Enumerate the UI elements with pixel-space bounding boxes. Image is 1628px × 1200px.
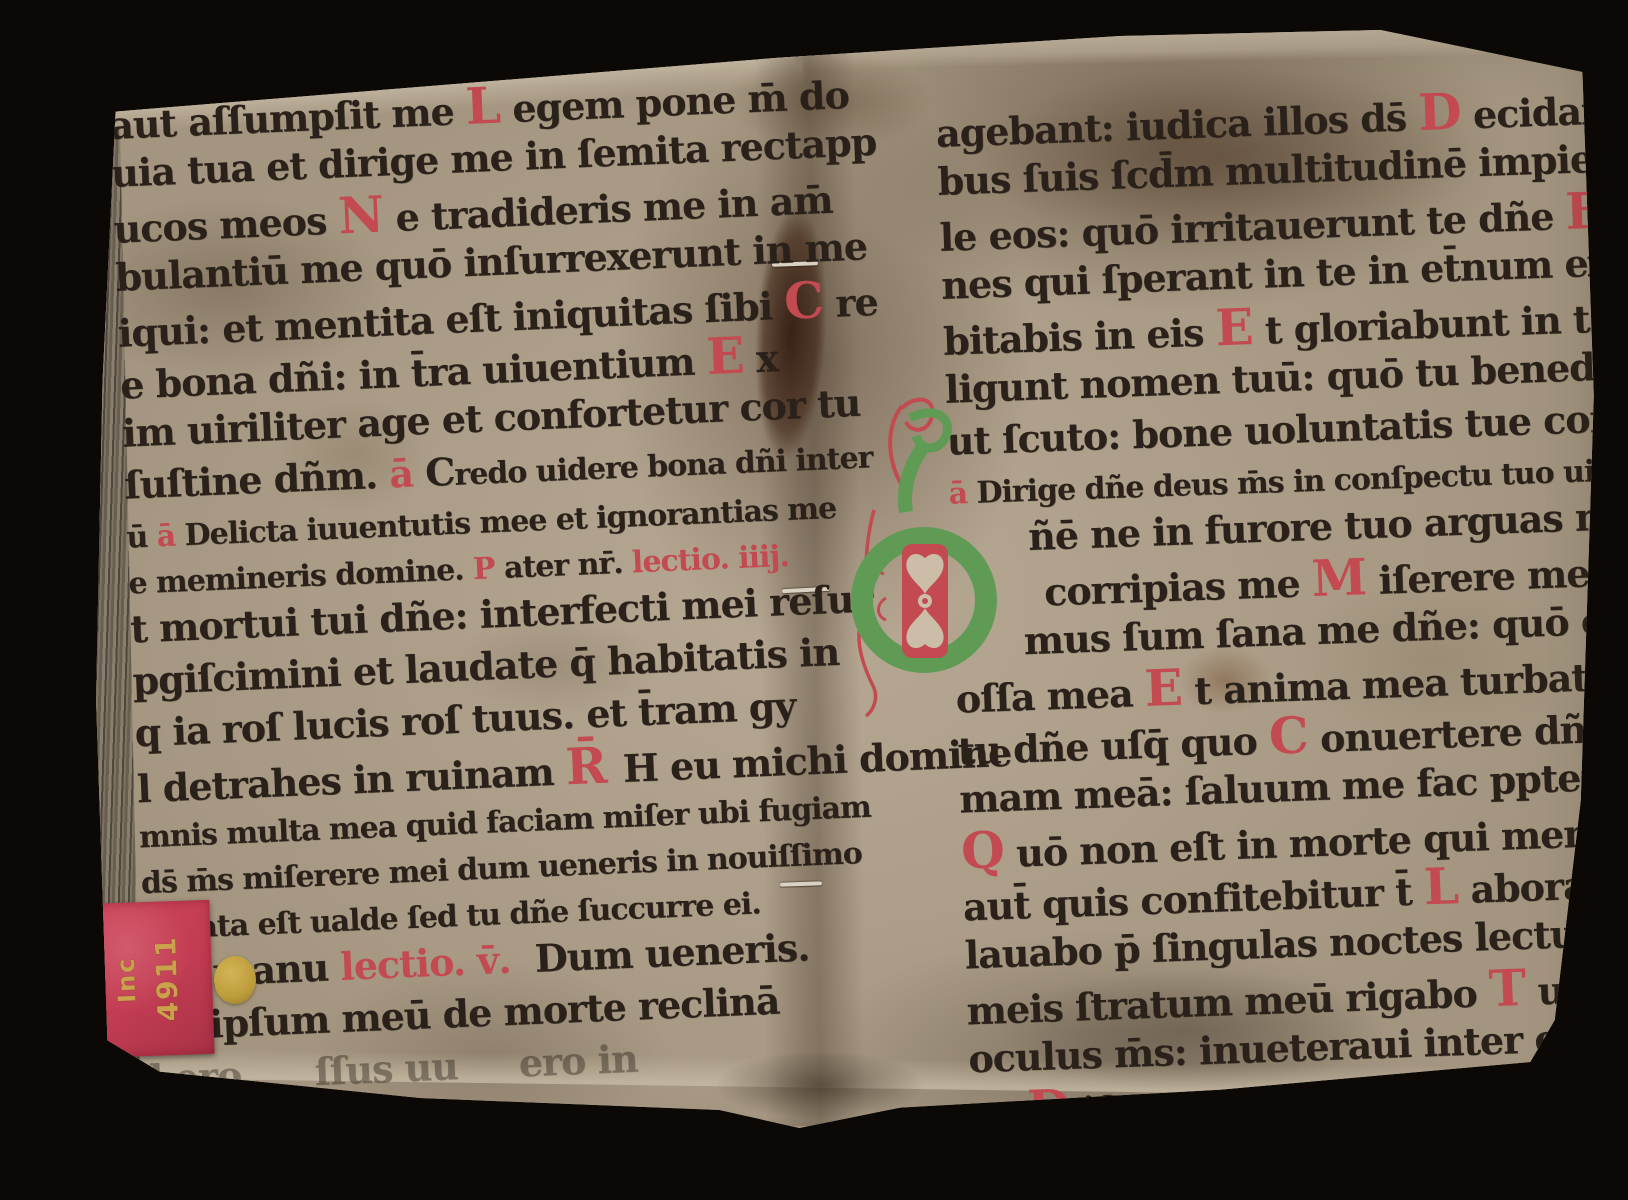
- photo-background: { "shelfmark": { "line1": "Inc", "line2"…: [0, 0, 1628, 1200]
- right-page-text: agebant: iudica illos ds̄ D ecidant a co…: [935, 81, 1628, 1138]
- gold-seal-dot: [214, 956, 256, 1004]
- rubric-text: P: [472, 551, 495, 587]
- ink-text: t lei: [1602, 189, 1628, 237]
- rubric-text: E: [1214, 297, 1253, 357]
- rubric-text: D: [1417, 82, 1462, 142]
- ink-text: re: [822, 279, 878, 326]
- rubric-text: E: [1144, 658, 1183, 718]
- rubric-text: M: [1311, 547, 1368, 608]
- rubric-text: R̄: [564, 735, 624, 796]
- ink-text: H eu michi domine: [622, 730, 1012, 791]
- ink-text: qui operamini: [1453, 1066, 1628, 1121]
- page-top-edge-right: [795, 24, 1595, 71]
- rubric-text: C: [1268, 705, 1309, 765]
- ink-text: ū: [126, 519, 158, 555]
- rubric-text: T: [1488, 958, 1526, 1018]
- ink-text: Dum ueneris.: [534, 924, 810, 980]
- rubric-text: L: [1423, 856, 1459, 916]
- rubric-text: E: [1564, 181, 1603, 241]
- manuscript-book: aut̄ aſſumpſit me L egem pone m̄ douia t…: [0, 0, 1628, 1200]
- ink-text: ſuſtine dñm.: [123, 452, 390, 508]
- ink-text: iſcedite a me om̄s: [1069, 1076, 1454, 1134]
- shelfmark-line2: 4911: [149, 935, 185, 1022]
- left-page-text: aut̄ aſſumpſit me L egem pone m̄ douia t…: [108, 68, 822, 1105]
- ink-text: C: [424, 449, 455, 495]
- ink-text: iſerere mei dñe q: [1365, 546, 1628, 604]
- rubric-text: C: [783, 270, 824, 331]
- rubric-text: ā: [156, 518, 185, 554]
- rubric-text: D: [1026, 1078, 1071, 1138]
- rubric-text: N: [337, 185, 384, 246]
- shelfmark-label: Inc 4911: [81, 900, 214, 1058]
- illuminated-initial-D: [840, 392, 1000, 722]
- rubric-text: lectio. v̄.: [339, 936, 535, 989]
- rubric-text: ā: [388, 450, 426, 496]
- ink-text: urbatus e: [1525, 962, 1628, 1014]
- shelfmark-line1: Inc: [112, 956, 142, 1003]
- rubric-text: L: [464, 76, 501, 136]
- ink-text: ecidant a co: [1460, 84, 1628, 138]
- ink-text: x: [743, 335, 779, 381]
- ink-text: ater nr̄.: [494, 545, 633, 586]
- rubric-text: Q: [960, 820, 1005, 880]
- ink-text: os: [970, 1090, 1029, 1137]
- rubric-text: lectio. iiij.: [631, 539, 789, 581]
- shelfmark-text: Inc 4911: [111, 935, 185, 1023]
- rubric-text: E: [705, 326, 745, 387]
- ink-text: aboraui in ḡ: [1457, 858, 1628, 912]
